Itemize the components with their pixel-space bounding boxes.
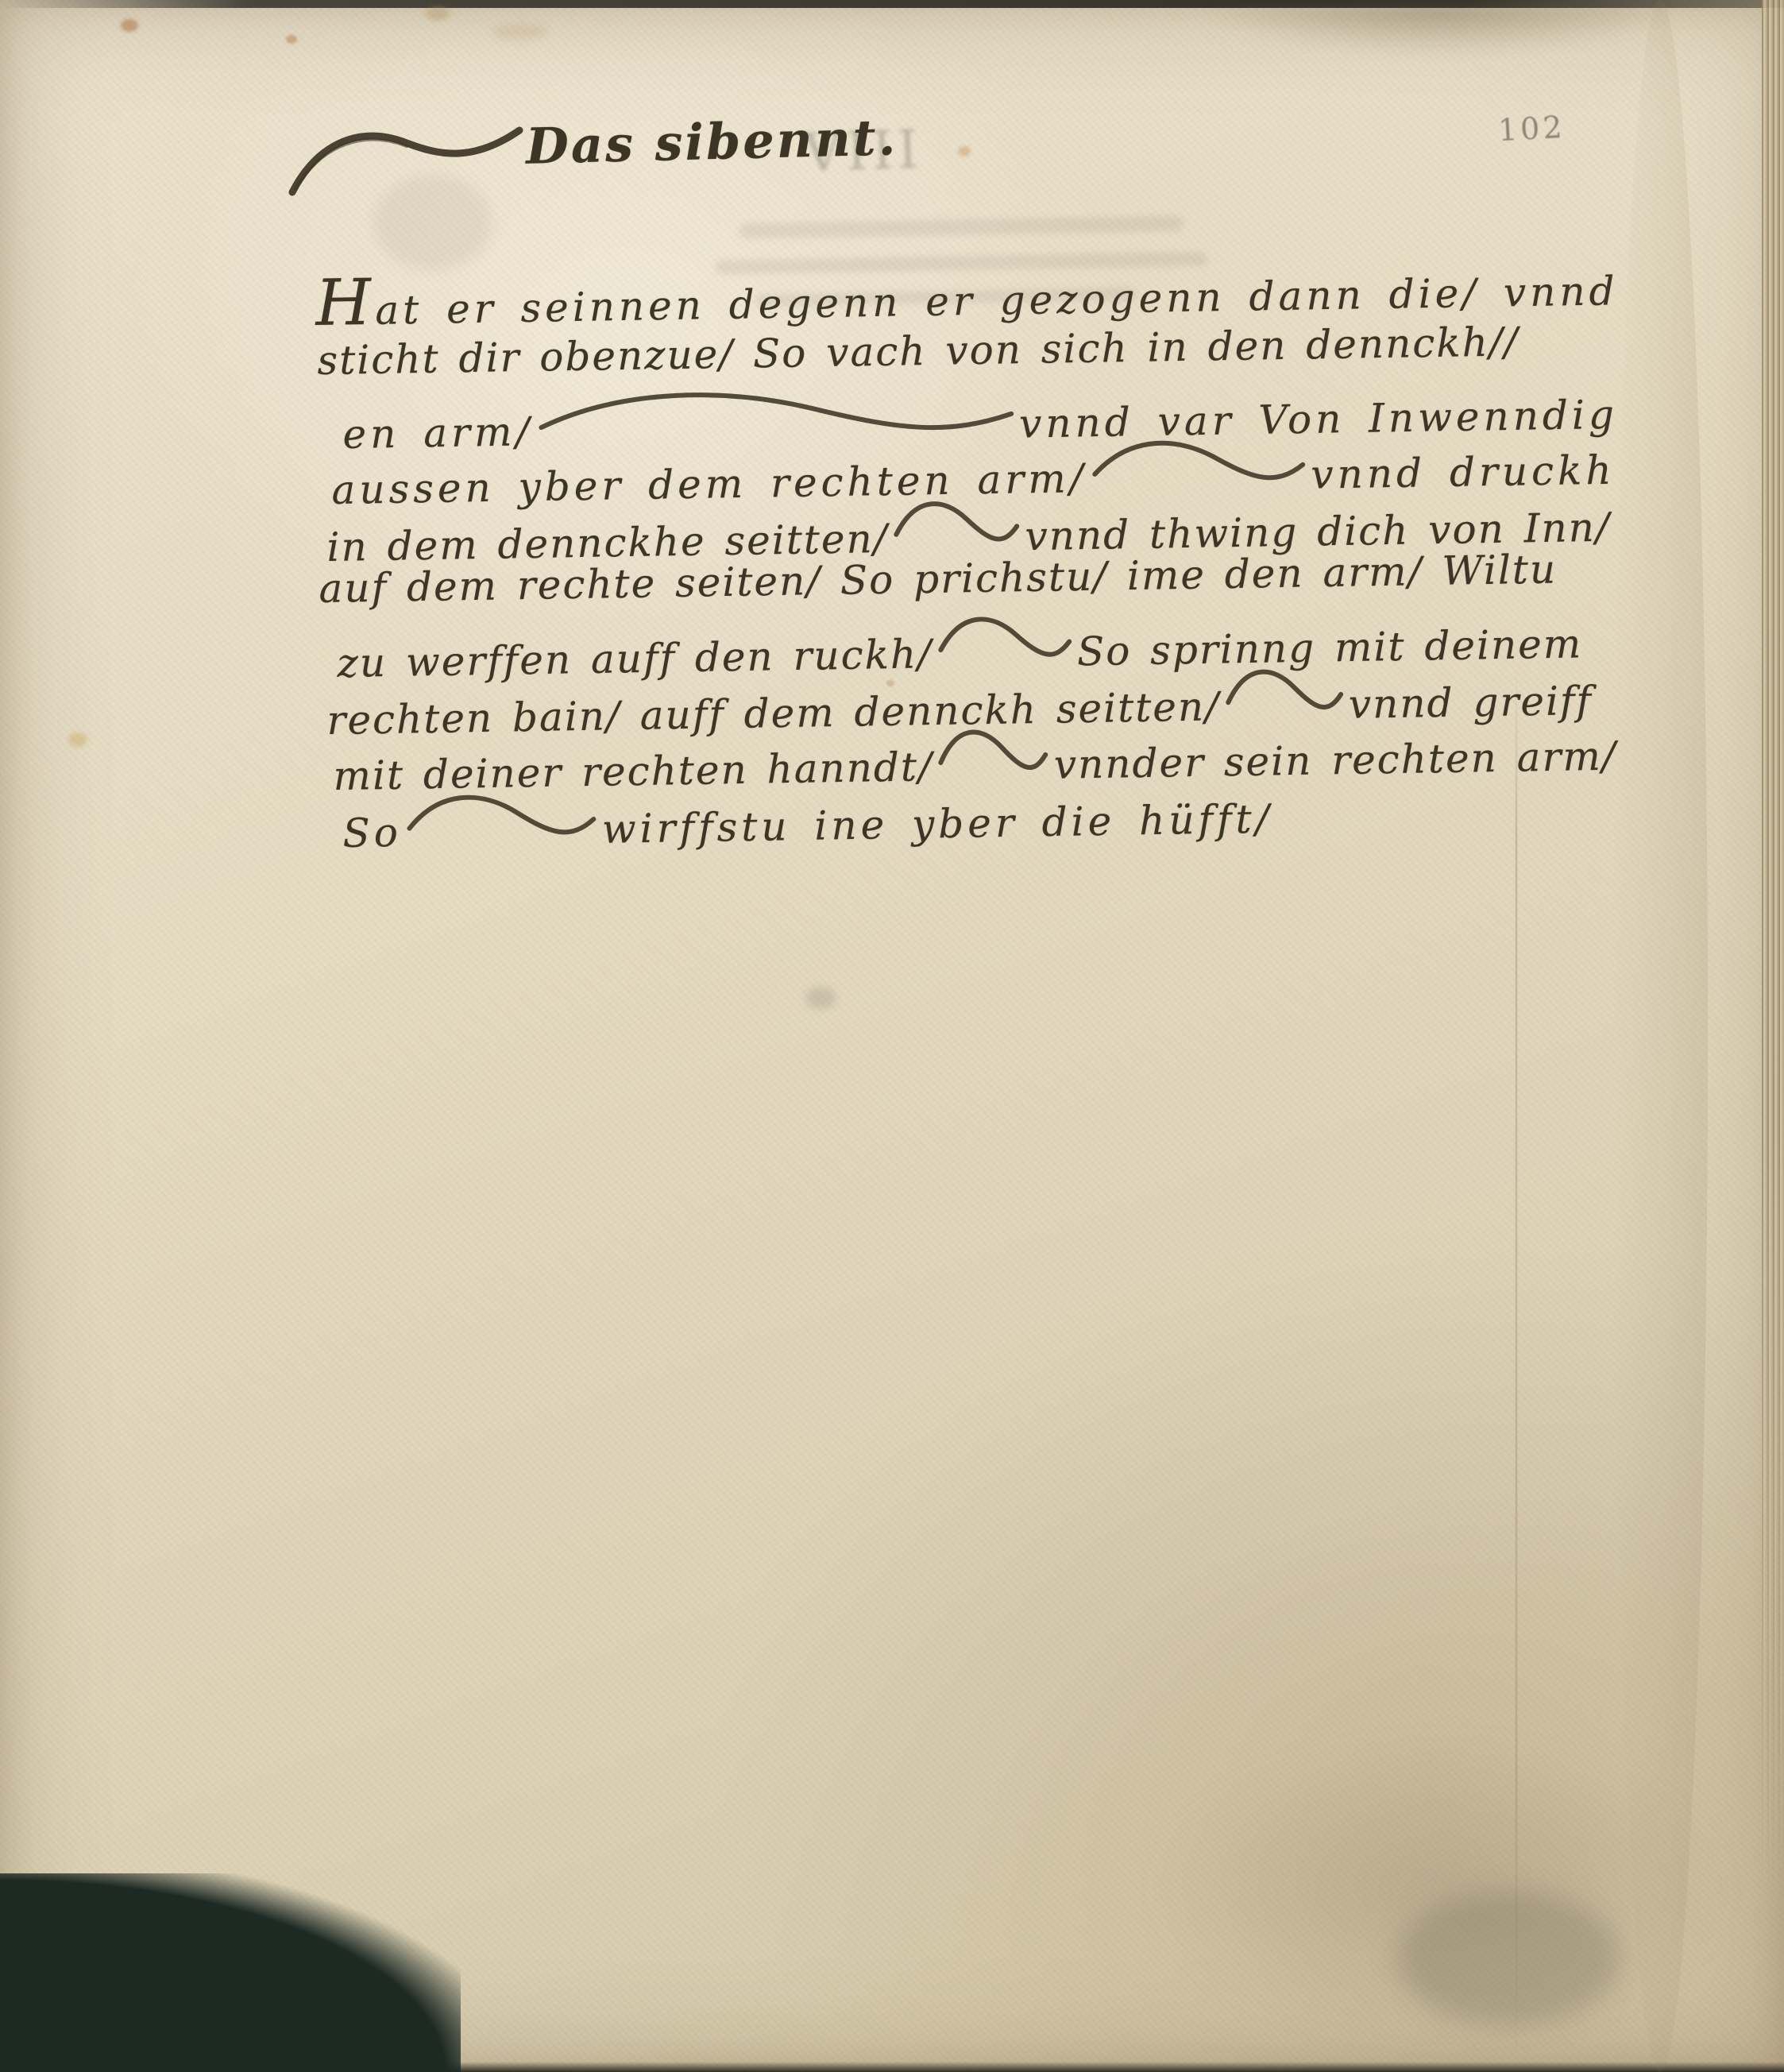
manuscript-photo: VIII 102 Das sibennt. Hat er seinnen deg… xyxy=(0,0,1784,2072)
manuscript-text-segment: vnnder sein rechten arm/ xyxy=(1053,733,1617,788)
swash-flourish xyxy=(1091,436,1307,490)
swash-flourish xyxy=(936,613,1072,666)
swash-flourish xyxy=(406,791,597,845)
swash-flourish xyxy=(937,726,1049,779)
initial-letter: H xyxy=(315,265,376,340)
swash-flourish xyxy=(893,497,1021,551)
swash-flourish xyxy=(1224,666,1344,718)
swash-flourish xyxy=(537,385,1014,443)
manuscript-text-block: Hat er seinnen degenn er gezogenn dann d… xyxy=(0,0,1784,2072)
manuscript-text-segment: So xyxy=(342,810,402,856)
manuscript-text-segment: wirffstu ine yber die hüfft/ xyxy=(601,796,1273,852)
